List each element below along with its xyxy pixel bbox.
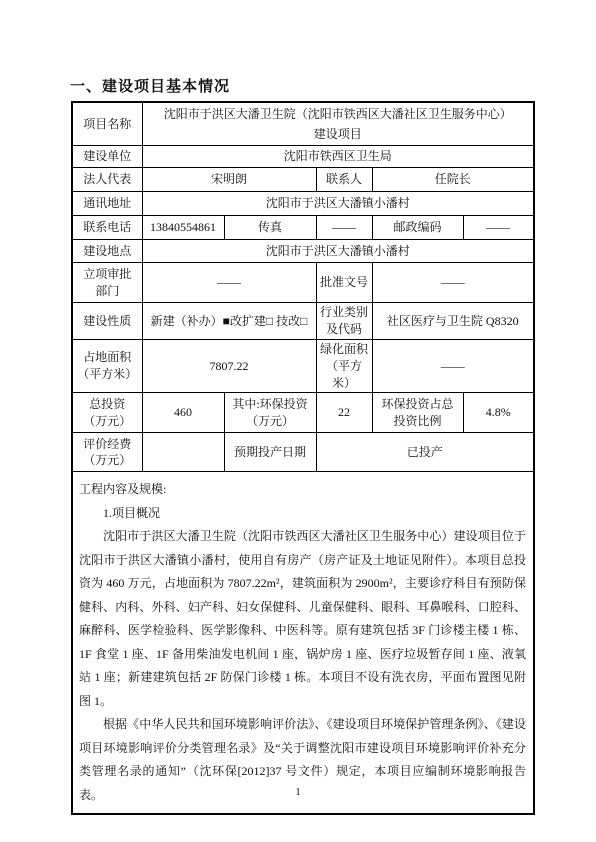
table-row: 建设地点 沈阳市于洪区大潘镇小潘村 — [72, 240, 534, 263]
contact-person-value: 任院长 — [372, 168, 534, 192]
construction-unit-label: 建设单位 — [72, 146, 142, 168]
site-value: 沈阳市于洪区大潘镇小潘村 — [142, 240, 534, 263]
site-label: 建设地点 — [72, 240, 142, 263]
industry-label: 行业类别 及代码 — [316, 303, 372, 340]
phone-label: 联系电话 — [72, 216, 142, 240]
approval-dept-value: —— — [142, 263, 316, 303]
investment-value: 460 — [142, 393, 224, 433]
approval-dept-label: 立项审批 部门 — [72, 263, 142, 303]
production-date-label: 预期投产日期 — [224, 433, 316, 472]
basic-info-table: 项目名称 沈阳市于洪区大潘卫生院（沈阳市铁西区大潘社区卫生服务中心） 建设项目 … — [71, 101, 535, 815]
legal-rep-label: 法人代表 — [72, 168, 142, 192]
investment-label: 总投资 （万元） — [72, 393, 142, 433]
fax-label: 传真 — [224, 216, 316, 240]
table-row: 占地面积 （平方米） 7807.22 绿化面积 （平方米） —— — [72, 340, 534, 393]
postcode-value: —— — [463, 216, 534, 240]
section-title: 一、建设项目基本情况 — [70, 75, 230, 96]
env-ratio-value: 4.8% — [463, 393, 534, 433]
env-investment-label: 其中:环保投资 （万元） — [224, 393, 316, 433]
construction-unit-value: 沈阳市铁西区卫生局 — [142, 146, 534, 168]
legal-rep-value: 宋明朗 — [142, 168, 316, 192]
project-content-cell: 工程内容及规模: 1.项目概况 沈阳市于洪区大潘卫生院（沈阳市铁西区大潘社区卫生… — [72, 472, 534, 815]
table-row: 立项审批 部门 —— 批准文号 —— — [72, 263, 534, 303]
eval-fee-label: 评价经费 （万元） — [72, 433, 142, 472]
production-date-value: 已投产 — [316, 433, 534, 472]
project-overview-paragraph: 沈阳市于洪区大潘卫生院（沈阳市铁西区大潘社区卫生服务中心）建设项目位于沈阳市于洪… — [79, 525, 526, 713]
table-row: 法人代表 宋明朗 联系人 任院长 — [72, 168, 534, 192]
fax-value: —— — [316, 216, 372, 240]
land-area-label: 占地面积 （平方米） — [72, 340, 142, 393]
nature-value: 新建（补办）■改扩建□ 技改□ — [142, 303, 316, 340]
page-number: 1 — [0, 786, 596, 798]
approval-doc-label: 批准文号 — [316, 263, 372, 303]
eval-fee-value — [142, 433, 224, 472]
phone-value: 13840554861 — [142, 216, 224, 240]
table-row: 评价经费 （万元） 预期投产日期 已投产 — [72, 433, 534, 472]
approval-doc-value: —— — [372, 263, 534, 303]
table-row: 工程内容及规模: 1.项目概况 沈阳市于洪区大潘卫生院（沈阳市铁西区大潘社区卫生… — [72, 472, 534, 815]
industry-value: 社区医疗与卫生院 Q8320 — [372, 303, 534, 340]
project-name-value: 沈阳市于洪区大潘卫生院（沈阳市铁西区大潘社区卫生服务中心） 建设项目 — [142, 102, 534, 146]
table-row: 总投资 （万元） 460 其中:环保投资 （万元） 22 环保投资占总 投资比例… — [72, 393, 534, 433]
table-row: 联系电话 13840554861 传真 —— 邮政编码 —— — [72, 216, 534, 240]
green-area-value: —— — [372, 340, 534, 393]
mailing-address-value: 沈阳市于洪区大潘镇小潘村 — [142, 192, 534, 216]
contact-person-label: 联系人 — [316, 168, 372, 192]
mailing-address-label: 通讯地址 — [72, 192, 142, 216]
green-area-label: 绿化面积 （平方米） — [316, 340, 372, 393]
env-ratio-label: 环保投资占总 投资比例 — [372, 393, 463, 433]
table-row: 建设单位 沈阳市铁西区卫生局 — [72, 146, 534, 168]
project-overview-heading: 1.项目概况 — [79, 502, 526, 526]
postcode-label: 邮政编码 — [372, 216, 463, 240]
land-area-value: 7807.22 — [142, 340, 316, 393]
content-heading: 工程内容及规模: — [79, 478, 526, 502]
table-row: 通讯地址 沈阳市于洪区大潘镇小潘村 — [72, 192, 534, 216]
nature-label: 建设性质 — [72, 303, 142, 340]
table-row: 项目名称 沈阳市于洪区大潘卫生院（沈阳市铁西区大潘社区卫生服务中心） 建设项目 — [72, 102, 534, 146]
table-row: 建设性质 新建（补办）■改扩建□ 技改□ 行业类别 及代码 社区医疗与卫生院 Q… — [72, 303, 534, 340]
env-investment-value: 22 — [316, 393, 372, 433]
project-name-label: 项目名称 — [72, 102, 142, 146]
